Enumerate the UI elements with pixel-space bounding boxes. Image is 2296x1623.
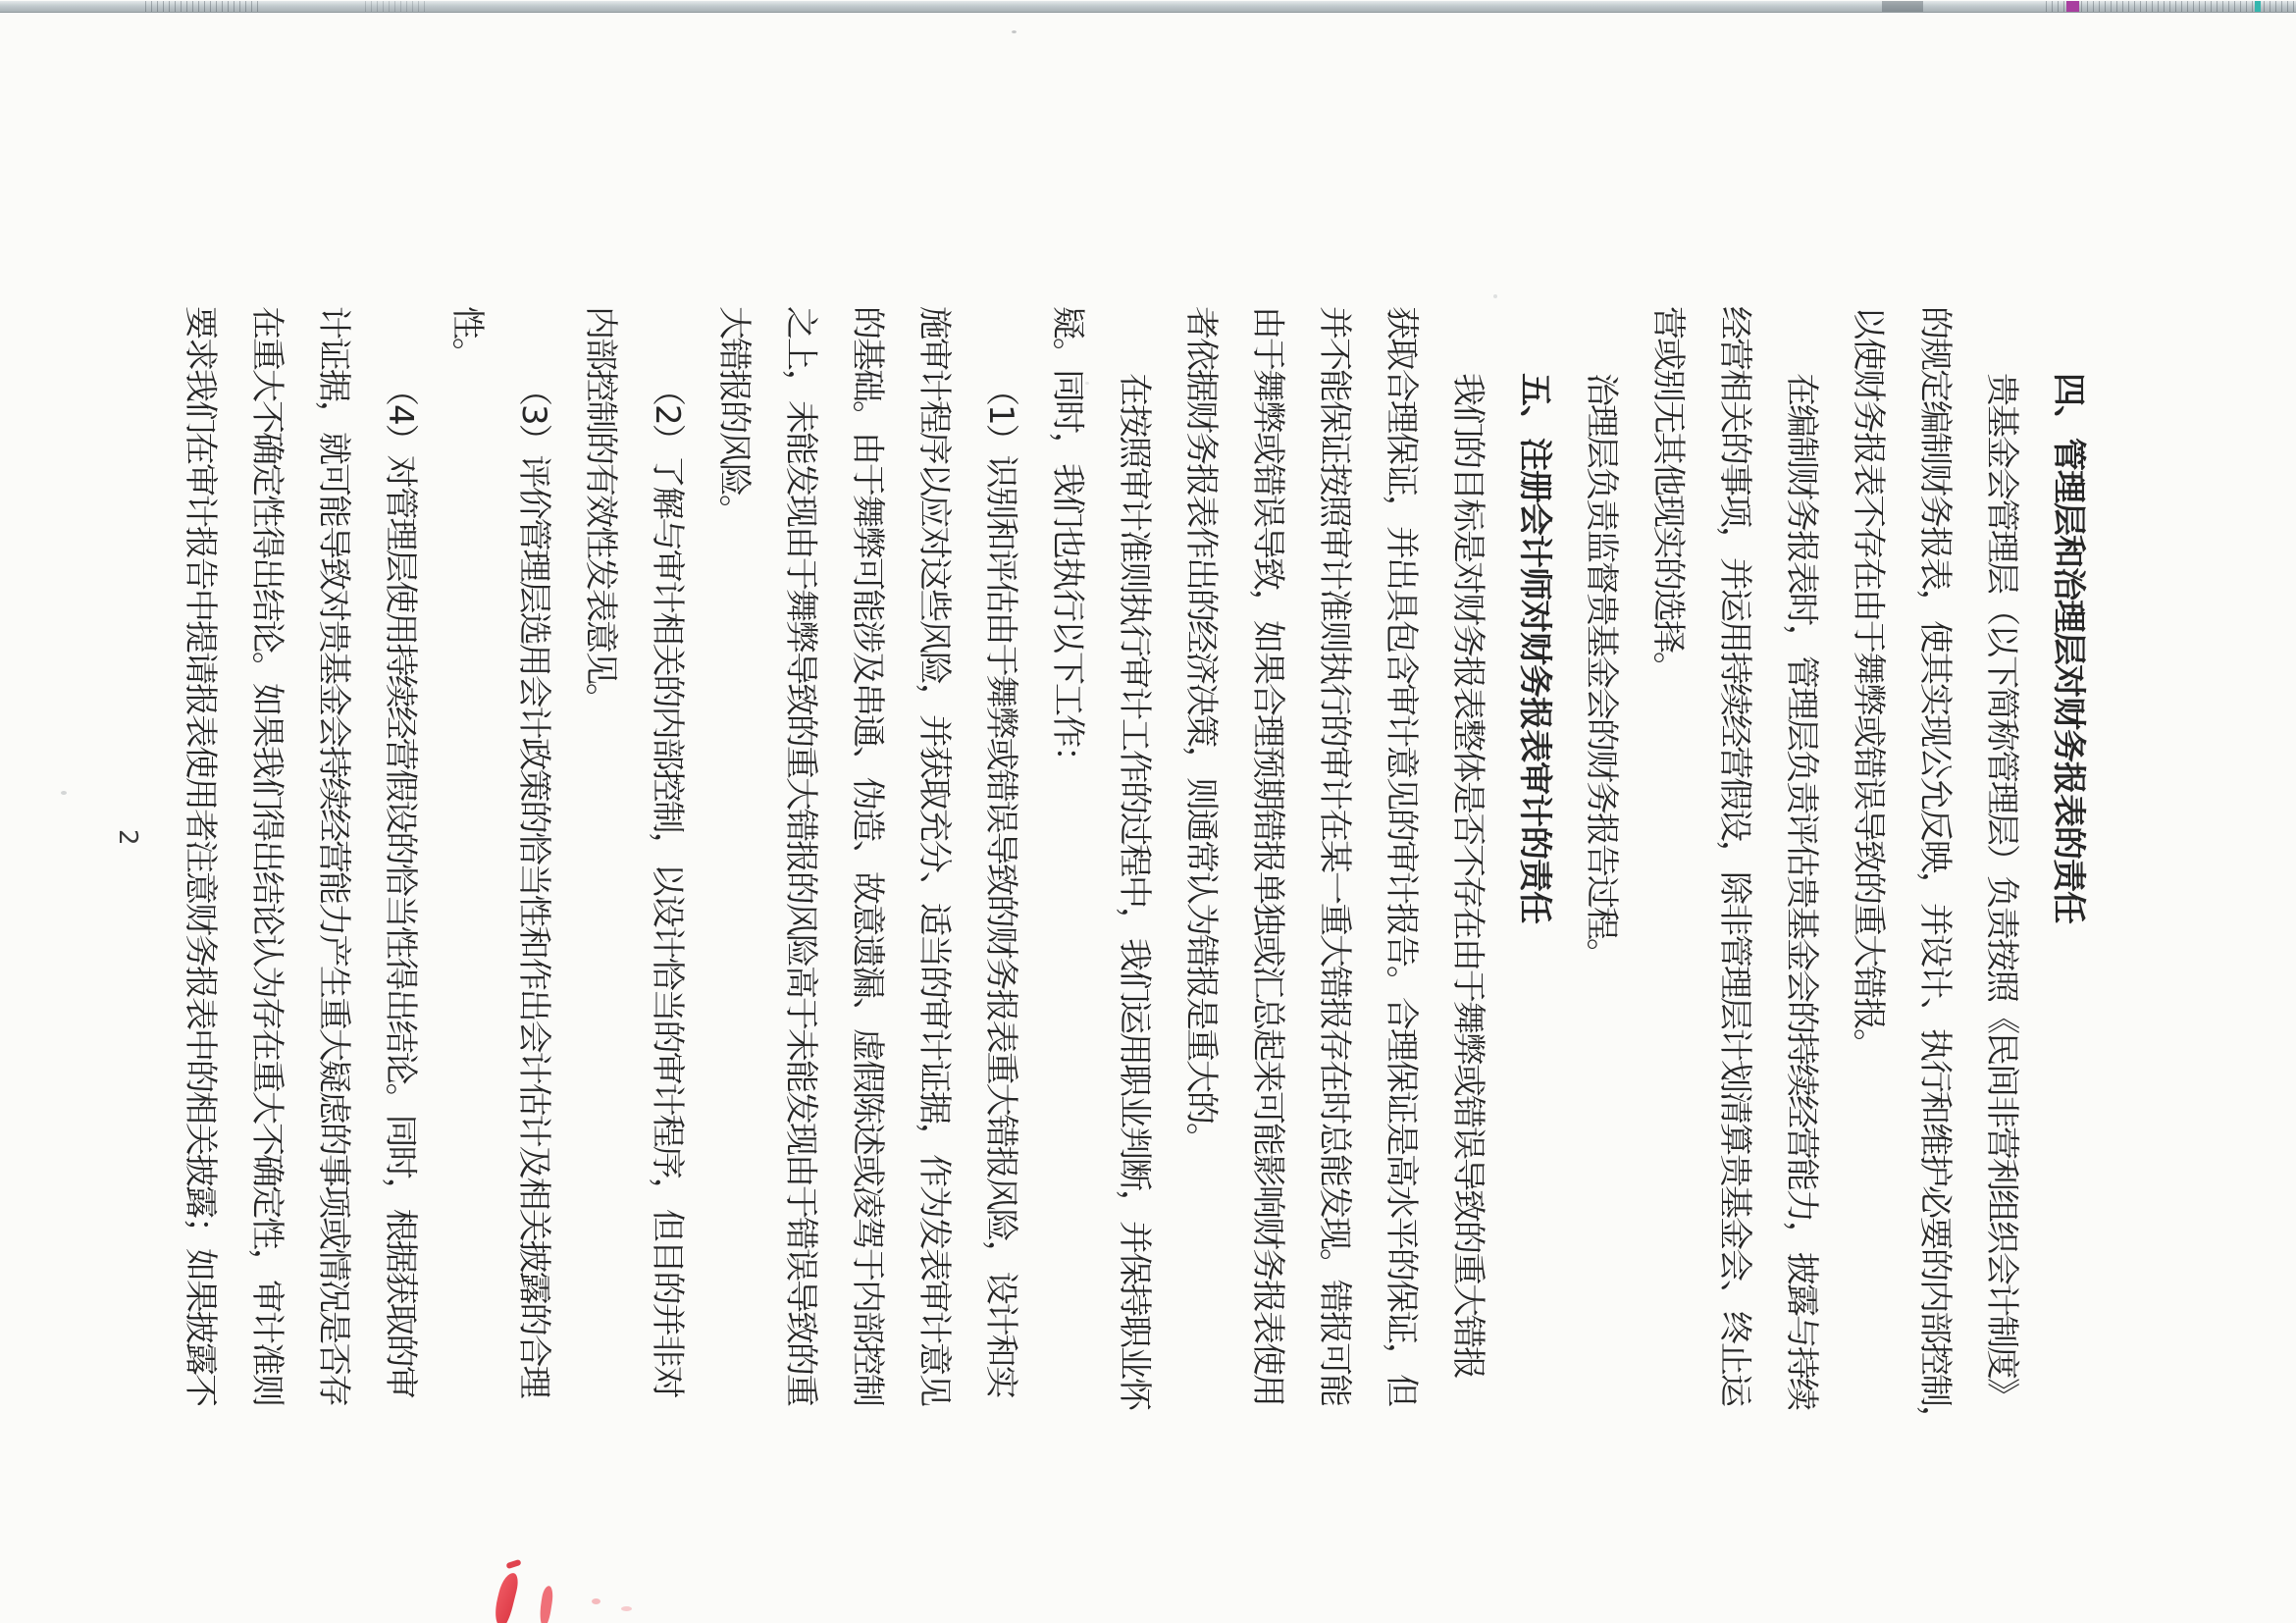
stamp-blot — [621, 1606, 632, 1611]
text-line: 以使财务报表不存在由于舞弊或错误导致的重大错报。 — [1835, 306, 1902, 1498]
text-line: 营或别无其他现实的选择。 — [1635, 306, 1701, 1498]
section-4-heading: 四、管理层和治理层对财务报表的责任 — [2035, 306, 2102, 1498]
text-line: 我们的目标是对财务报表整体是否不存在由于舞弊或错误导致的重大错报 — [1435, 306, 1501, 1498]
stamp-stroke — [538, 1585, 554, 1623]
text-line: 施审计程序以应对这些风险，并获取充分、适当的审计证据，作为发表审计意见 — [901, 306, 967, 1498]
scan-dust — [1085, 382, 1089, 385]
text-line: 内部控制的有效性发表意见。 — [567, 306, 634, 1498]
text-line: 由于舞弊或错误导致，如果合理预期错报单独或汇总起来可能影响财务报表使用 — [1234, 306, 1301, 1498]
numbered-item-3: （3）评价管理层选用会计政策的恰当性和作出会计估计及相关披露的合理 — [500, 306, 567, 1498]
text-line: 贵基金会管理层（以下简称管理层）负责按照《民间非营利组织会计制度》 — [1968, 306, 2035, 1498]
text-line: 之上，未能发现由于舞弊导致的重大错报的风险高于未能发现由于错误导致的重 — [767, 306, 834, 1498]
stamp-stroke — [505, 1559, 521, 1569]
section-5-heading: 五、注册会计师对财务报表审计的责任 — [1501, 306, 1568, 1498]
seal-stamp-partial — [486, 1555, 662, 1623]
text-line: 治理层负责监督贵基金会的财务报告过程。 — [1568, 306, 1635, 1498]
text-line: 并不能保证按照审计准则执行的审计在某一重大错报存在时总能发现。错报可能 — [1301, 306, 1368, 1498]
text-line: 在重大不确定性得出结论。如果我们得出结论认为存在重大不确定性，审计准则 — [234, 306, 300, 1498]
text-line: 获取合理保证，并出具包含审计意见的审计报告。合理保证是高水平的保证，但 — [1368, 306, 1435, 1498]
text-line: 者依据财务报表作出的经济决策，则通常认为错报是重大的。 — [1168, 306, 1234, 1498]
scan-dust — [1012, 30, 1017, 33]
text-line: 大错报的风险。 — [701, 306, 767, 1498]
page-number: 2 — [110, 829, 145, 846]
text-line: 在编制财务报表时，管理层负责评估贵基金会的持续经营能力，披露与持续 — [1768, 306, 1835, 1498]
text-line: 在按照审计准则执行审计工作的过程中，我们运用职业判断，并保持职业怀 — [1101, 306, 1168, 1498]
text-block: 四、管理层和治理层对财务报表的责任 贵基金会管理层（以下简称管理层）负责按照《民… — [167, 306, 2102, 1498]
stamp-stroke — [491, 1571, 520, 1623]
text-line: 的规定编制财务报表，使其实现公允反映，并设计、执行和维护必要的内部控制， — [1902, 306, 1968, 1498]
text-line: 性。 — [434, 306, 500, 1498]
text-line: 计证据，就可能导致对贵基金会持续经营能力产生重大疑虑的事项或情况是否存 — [300, 306, 367, 1498]
stamp-blot — [592, 1598, 600, 1604]
scan-dust — [61, 791, 67, 795]
text-line: 经营相关的事项，并运用持续经营假设，除非管理层计划清算贵基金会、终止运 — [1701, 306, 1768, 1498]
numbered-item-4: （4）对管理层使用持续经营假设的恰当性得出结论。同时，根据获取的审 — [367, 306, 434, 1498]
scan-dust — [1493, 294, 1497, 298]
text-line: 要求我们在审计报告中提请报表使用者注意财务报表中的相关披露；如果披露不 — [167, 306, 234, 1498]
text-line: 疑。同时，我们也执行以下工作： — [1034, 306, 1101, 1498]
numbered-item-2: （2）了解与审计相关的内部控制，以设计恰当的审计程序，但目的并非对 — [634, 306, 701, 1498]
text-line: 的基础。由于舞弊可能涉及串通、伪造、故意遗漏、虚假陈述或凌驾于内部控制 — [834, 306, 901, 1498]
numbered-item-1: （1）识别和评估由于舞弊或错误导致的财务报表重大错报风险，设计和实 — [967, 306, 1034, 1498]
document-page: 四、管理层和治理层对财务报表的责任 贵基金会管理层（以下简称管理层）负责按照《民… — [0, 0, 2296, 1623]
